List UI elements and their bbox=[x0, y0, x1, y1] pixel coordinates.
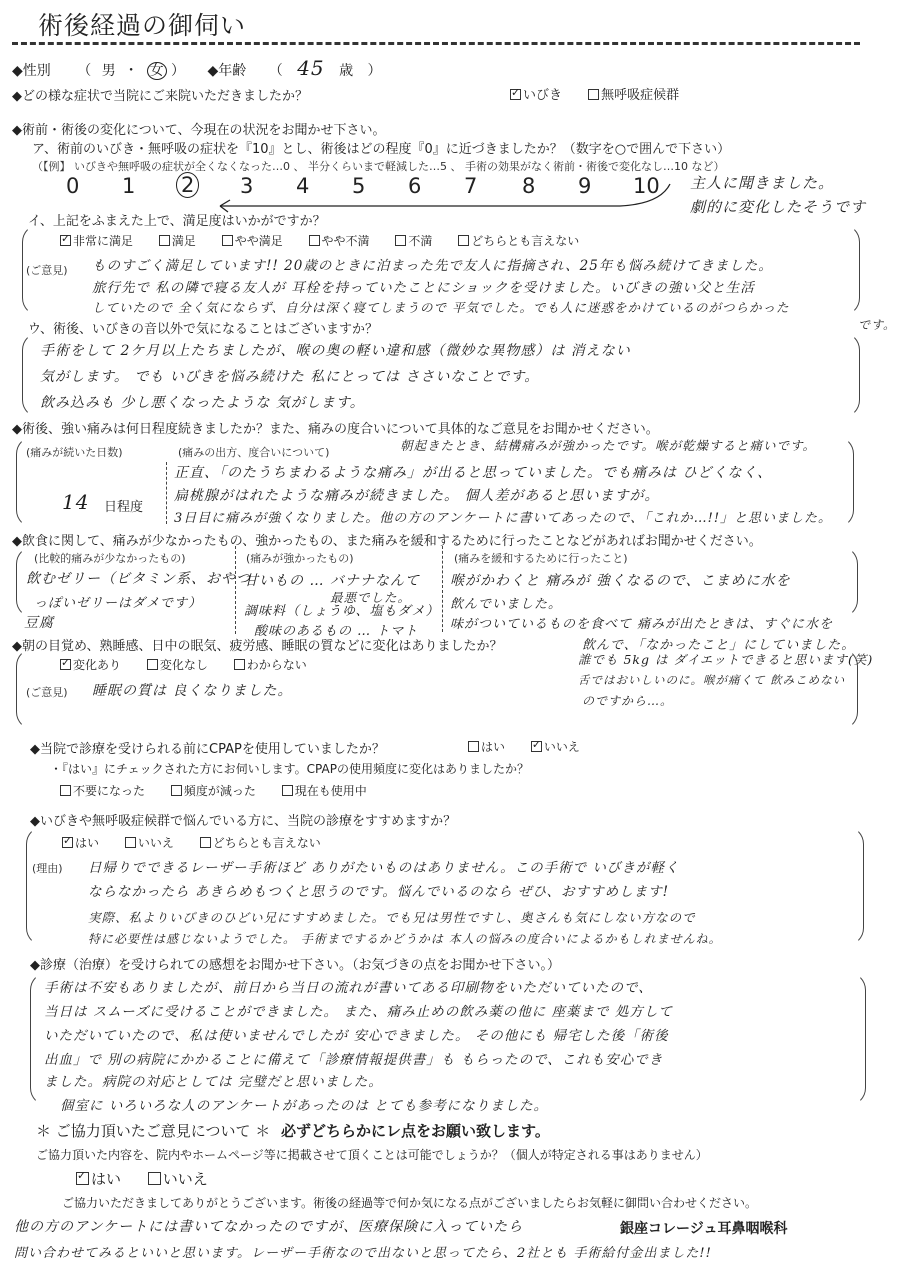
option-label: 頻度が減った bbox=[184, 784, 256, 798]
recommend-option-no[interactable]: いいえ bbox=[125, 836, 174, 850]
option-label: いいえ bbox=[163, 1170, 208, 1188]
page-title: 術後経過の御伺い bbox=[38, 6, 246, 42]
consent-options: はい いいえ bbox=[76, 1168, 230, 1189]
satisfaction-opinion-line: ものすごく満足しています!! 20歳のときに泊まった先で友人に指摘され、25年も… bbox=[92, 254, 773, 274]
consent-heading-right: 必ずどちらかにレ点をお願い致します。 bbox=[281, 1122, 550, 1140]
pain-days-unit: 日程度 bbox=[104, 496, 143, 515]
option-label: どちらとも言えない bbox=[213, 836, 321, 850]
other-concerns-line: 飲み込みも 少し悪くなったような 気がします。 bbox=[40, 392, 365, 412]
diet-relief-line: 飲んでいました。 bbox=[450, 593, 562, 612]
checkbox-icon[interactable] bbox=[234, 659, 245, 670]
satisfaction-option-dissatisfied[interactable]: 不満 bbox=[395, 234, 432, 248]
checkbox-icon[interactable] bbox=[588, 89, 599, 100]
checkbox-checked-icon[interactable] bbox=[60, 659, 71, 670]
diet-relief-label: (痛みを緩和するために行ったこと) bbox=[454, 550, 628, 566]
option-label: やや不満 bbox=[322, 234, 370, 248]
recommend-option-neither[interactable]: どちらとも言えない bbox=[200, 836, 321, 850]
change-example: （【例】 いびきや無呼吸の症状が全くなくなった…0 、 半分くらいまで軽減した…… bbox=[32, 158, 724, 174]
pain-days-label: (痛みが続いた日数) bbox=[26, 444, 123, 460]
option-label: 現在も使用中 bbox=[295, 784, 367, 798]
recommend-reason-line: ならなかったら あきらめもつくと思うのです。悩んでいるのなら ぜひ、おすすめしま… bbox=[88, 880, 669, 900]
option-label: やや満足 bbox=[235, 234, 283, 248]
gender-separator: ・ bbox=[124, 63, 138, 79]
checkbox-icon[interactable] bbox=[171, 785, 182, 796]
option-label: はい bbox=[91, 1170, 121, 1188]
pain-top-note: 朝起きたとき、結構痛みが強かったです。喉が乾燥すると痛いです。 bbox=[400, 436, 816, 454]
sleep-side-note-line: のですから…。 bbox=[582, 692, 673, 709]
footer-note-line2: 問い合わせてみるといいと思います。レーザー手術なので出ないと思ってたら、2社とも… bbox=[14, 1242, 712, 1261]
gender-label: ◆性別 bbox=[12, 63, 51, 79]
gender-close-paren: ） bbox=[171, 63, 185, 79]
checkbox-icon[interactable] bbox=[282, 785, 293, 796]
sleep-options: 変化あり 変化なし わからない bbox=[60, 656, 329, 673]
satisfaction-options: 非常に満足 満足 やや満足 やや不満 不満 どちらとも言えない bbox=[60, 232, 601, 249]
option-label: 満足 bbox=[172, 234, 196, 248]
satisfaction-option-somewhat-dissatisfied[interactable]: やや不満 bbox=[309, 234, 370, 248]
age-open-paren: （ bbox=[269, 63, 283, 79]
checkbox-icon[interactable] bbox=[468, 741, 479, 752]
scale-option-0[interactable]: 0 bbox=[66, 174, 79, 198]
checkbox-checked-icon[interactable] bbox=[62, 837, 73, 848]
clinic-name: 銀座コレージュ耳鼻咽喉科 bbox=[620, 1218, 787, 1238]
pain-detail-label: (痛みの出方、度合いについて) bbox=[178, 444, 329, 460]
pain-detail-line: 3日目に痛みが強くなりました。他の方のアンケートに書いてあったので、「これか…!… bbox=[174, 507, 832, 526]
sleep-side-note-line: 誰でも 5kg は ダイエットできると思います(笑) bbox=[578, 650, 873, 668]
cpap-option-no[interactable]: いいえ bbox=[531, 740, 580, 754]
change-a-question: ア、術前のいびき・無呼吸の症状を『10』とし、術後はどの程度『0』に近づきました… bbox=[32, 138, 730, 157]
recommend-reason-label: (理由) bbox=[32, 860, 63, 876]
title-divider bbox=[12, 42, 860, 45]
checkbox-checked-icon[interactable] bbox=[60, 235, 71, 246]
gender-option-female[interactable]: 女 bbox=[147, 62, 167, 80]
recommend-option-yes[interactable]: はい bbox=[62, 836, 99, 850]
satisfaction-option-very-satisfied[interactable]: 非常に満足 bbox=[60, 234, 133, 248]
option-label: はい bbox=[481, 740, 505, 754]
pain-divider bbox=[166, 462, 167, 524]
impressions-line: いただいていたので、私は使いませんでしたが 安心できました。 その他にも 帰宅し… bbox=[44, 1024, 669, 1044]
checkbox-icon[interactable] bbox=[159, 235, 170, 246]
recommend-options: はい いいえ どちらとも言えない bbox=[62, 834, 343, 851]
pain-days-value[interactable]: 14 bbox=[62, 490, 89, 514]
recommend-reason-line: 日帰りでできるレーザー手術ほど ありがたいものはありません。この手術で いびきが… bbox=[88, 856, 679, 876]
sleep-opinion-label: (ご意見) bbox=[26, 684, 68, 700]
option-label: 非常に満足 bbox=[73, 234, 133, 248]
cpap-followup-options: 不要になった 頻度が減った 現在も使用中 bbox=[60, 782, 389, 799]
other-concerns-line: 手術をして 2ケ月以上たちましたが、喉の奥の軽い違和感（微妙な異物感）は 消えな… bbox=[40, 340, 631, 360]
option-label: わからない bbox=[247, 658, 307, 672]
option-label: 不要になった bbox=[73, 784, 145, 798]
diet-strong-line: 調味料（しょうゆ、塩もダメ） bbox=[244, 600, 439, 619]
cpap-followup-question: ・『はい』にチェックされた方にお伺いします。CPAPの使用頻度に変化はありました… bbox=[50, 760, 529, 777]
option-label: 無呼吸症候群 bbox=[601, 88, 679, 103]
age-unit: 歳 bbox=[339, 63, 353, 79]
diet-divider-1 bbox=[235, 546, 236, 634]
age-close-paren: ） bbox=[368, 63, 382, 79]
checkbox-checked-icon[interactable] bbox=[531, 741, 542, 752]
cpap-options: はい いいえ bbox=[468, 738, 602, 755]
pain-detail-line: 扁桃腺がはれたような痛みが続きました。 個人差があると思いますが。 bbox=[174, 485, 659, 505]
sleep-option-changed[interactable]: 変化あり bbox=[60, 658, 121, 672]
change-note-line2: 劇的に変化したそうです bbox=[690, 196, 866, 217]
consent-question: ご協力頂いた内容を、院内やホームページ等に掲載させて頂くことは可能でしょうか？（… bbox=[36, 1146, 708, 1163]
satisfaction-opinion-line: していたので 全く気にならず、自分は深く寝てしまうので 平気でした。でも人に迷惑… bbox=[92, 298, 789, 316]
diet-less-line: っぽいゼリーはダメです） bbox=[34, 592, 202, 611]
diet-less-line: 豆腐 bbox=[24, 612, 54, 632]
diet-less-label: (比較的痛みが少なかったもの) bbox=[34, 550, 186, 566]
option-label: 不満 bbox=[408, 234, 432, 248]
gender-open-paren: （ bbox=[77, 63, 91, 79]
consent-option-no[interactable]: いいえ bbox=[148, 1170, 208, 1188]
gender-option-male[interactable]: 男 bbox=[102, 63, 116, 79]
impressions-line: 手術は不安もありましたが、前日から当日の流れが書いてある印刷物をいただいていたの… bbox=[44, 976, 653, 996]
age-label: ◆年齢 bbox=[208, 63, 247, 79]
checkbox-icon[interactable] bbox=[148, 1172, 161, 1185]
checkbox-icon[interactable] bbox=[395, 235, 406, 246]
demographics-row: ◆性別 （ 男 ・ 女 ） ◆年齢 （ 45 歳 ） bbox=[12, 56, 382, 80]
diet-strong-line: 甘いもの … バナナなんて bbox=[244, 570, 420, 590]
cpap-question: ◆当院で診療を受けられる前にCPAPを使用していましたか？ bbox=[30, 738, 385, 757]
option-label: はい bbox=[75, 836, 99, 850]
age-value[interactable]: 45 bbox=[297, 56, 324, 80]
satisfaction-option-somewhat-satisfied[interactable]: やや満足 bbox=[222, 234, 283, 248]
checkbox-icon[interactable] bbox=[309, 235, 320, 246]
checkbox-icon[interactable] bbox=[200, 837, 211, 848]
symptoms-options: いびき 無呼吸症候群 bbox=[510, 84, 701, 103]
diet-divider-2 bbox=[442, 546, 443, 632]
symptom-option-snoring[interactable]: いびき bbox=[510, 88, 562, 103]
option-label: いいえ bbox=[138, 836, 174, 850]
sleep-side-note-line: 舌ではおいしいのに。喉が痛くて 飲みこめない bbox=[578, 672, 845, 688]
impressions-line: 当日は スムーズに受けることができました。 また、痛み止めの飲み薬の他に 座薬ま… bbox=[44, 1000, 673, 1020]
pain-question: ◆術後、強い痛みは何日程度続きましたか？また、痛みの度合いについて具体的なご意見… bbox=[12, 418, 659, 437]
other-concerns-line: 気がします。 でも いびきを悩み続けた 私にとっては ささいなことです。 bbox=[40, 366, 539, 386]
footer-note-line1: 他の方のアンケートには書いてなかったのですが、医療保険に入っていたら bbox=[14, 1216, 523, 1236]
option-label: 変化あり bbox=[73, 658, 121, 672]
scale-option-2-selected[interactable]: 2 bbox=[176, 172, 199, 198]
cpap-option-not-needed[interactable]: 不要になった bbox=[60, 784, 145, 798]
cpap-option-yes[interactable]: はい bbox=[468, 740, 505, 754]
satisfaction-option-satisfied[interactable]: 満足 bbox=[159, 234, 196, 248]
recommend-reason-line: 実際、私よりいびきのひどい兄にすすめました。でも兄は男性ですし、奥さんも気にしな… bbox=[88, 908, 696, 926]
pain-detail-line: 正直、「のたうちまわるような痛み」が出ると思っていました。でも痛みは ひどくなく… bbox=[174, 462, 772, 482]
cpap-option-reduced[interactable]: 頻度が減った bbox=[171, 784, 256, 798]
diet-relief-line: 味がついているものを食べて 痛みが出たときは、すぐに水を bbox=[450, 613, 833, 632]
impressions-question: ◆診療（治療）を受けられての感想をお聞かせ下さい。（お気づきの点をお聞かせ下さい… bbox=[30, 954, 560, 973]
satisfaction-option-neither[interactable]: どちらとも言えない bbox=[458, 234, 579, 248]
impressions-line: ました。病院の対応としては 完璧だと思いました。 bbox=[44, 1070, 383, 1090]
consent-heading-left: ＊ ご協力頂いたご意見について ＊ bbox=[36, 1122, 270, 1140]
checkbox-icon[interactable] bbox=[60, 785, 71, 796]
sleep-option-no-change[interactable]: 変化なし bbox=[147, 658, 208, 672]
impressions-line: 個室に いろいろな人のアンケートがあったのは とても参考になりました。 bbox=[60, 1094, 548, 1114]
checkbox-icon[interactable] bbox=[222, 235, 233, 246]
option-label: どちらとも言えない bbox=[471, 234, 579, 248]
option-label: 変化なし bbox=[160, 658, 208, 672]
checkbox-checked-icon[interactable] bbox=[510, 89, 521, 100]
checkbox-checked-icon[interactable] bbox=[76, 1172, 89, 1185]
consent-thanks: ご協力いただきましてありがとうございます。術後の経過等で何か気になる点がございま… bbox=[62, 1194, 757, 1211]
satisfaction-opinion-label: (ご意見) bbox=[26, 262, 68, 278]
option-label: いびき bbox=[523, 88, 562, 103]
sleep-opinion: 睡眠の質は 良くなりました。 bbox=[92, 680, 292, 700]
scale-option-1[interactable]: 1 bbox=[122, 174, 135, 198]
option-label: いいえ bbox=[544, 740, 580, 754]
change-note-line1: 主人に聞きました。 bbox=[690, 172, 834, 193]
sleep-option-unknown[interactable]: わからない bbox=[234, 658, 307, 672]
impressions-line: 出血」で 別の病院にかかることに備えて「診療情報提供書」も もらったので、これも… bbox=[44, 1048, 663, 1068]
diet-less-line: 飲むゼリー（ビタミン系、おやつ bbox=[26, 568, 251, 588]
symptom-option-apnea[interactable]: 無呼吸症候群 bbox=[588, 88, 679, 103]
checkbox-icon[interactable] bbox=[125, 837, 136, 848]
consent-heading: ＊ ご協力頂いたご意見について ＊ 必ずどちらかにレ点をお願い致します。 bbox=[36, 1120, 550, 1141]
checkbox-icon[interactable] bbox=[147, 659, 158, 670]
diet-strong-label: (痛みが強かったもの) bbox=[246, 550, 354, 566]
diet-relief-line: 喉がかわくと 痛みが 強くなるので、こまめに水を bbox=[450, 570, 791, 590]
recommend-reason-line: 特に必要性は感じないようでした。 手術までするかどうかは 本人の悩みの度合いによ… bbox=[88, 930, 722, 947]
change-question: ◆術前・術後の変化について、今現在の状況をお聞かせ下さい。 bbox=[12, 119, 385, 138]
symptoms-question: ◆どの様な症状で当院にご来院いただきましたか？ bbox=[12, 85, 308, 104]
cpap-option-still-using[interactable]: 現在も使用中 bbox=[282, 784, 367, 798]
satisfaction-opinion-line: 旅行先で 私の隣で寝る友人が 耳栓を持っていたことにショックを受けました。いびき… bbox=[92, 276, 755, 296]
satisfaction-opinion-line: です。 bbox=[858, 316, 896, 333]
consent-option-yes[interactable]: はい bbox=[76, 1170, 121, 1188]
checkbox-icon[interactable] bbox=[458, 235, 469, 246]
